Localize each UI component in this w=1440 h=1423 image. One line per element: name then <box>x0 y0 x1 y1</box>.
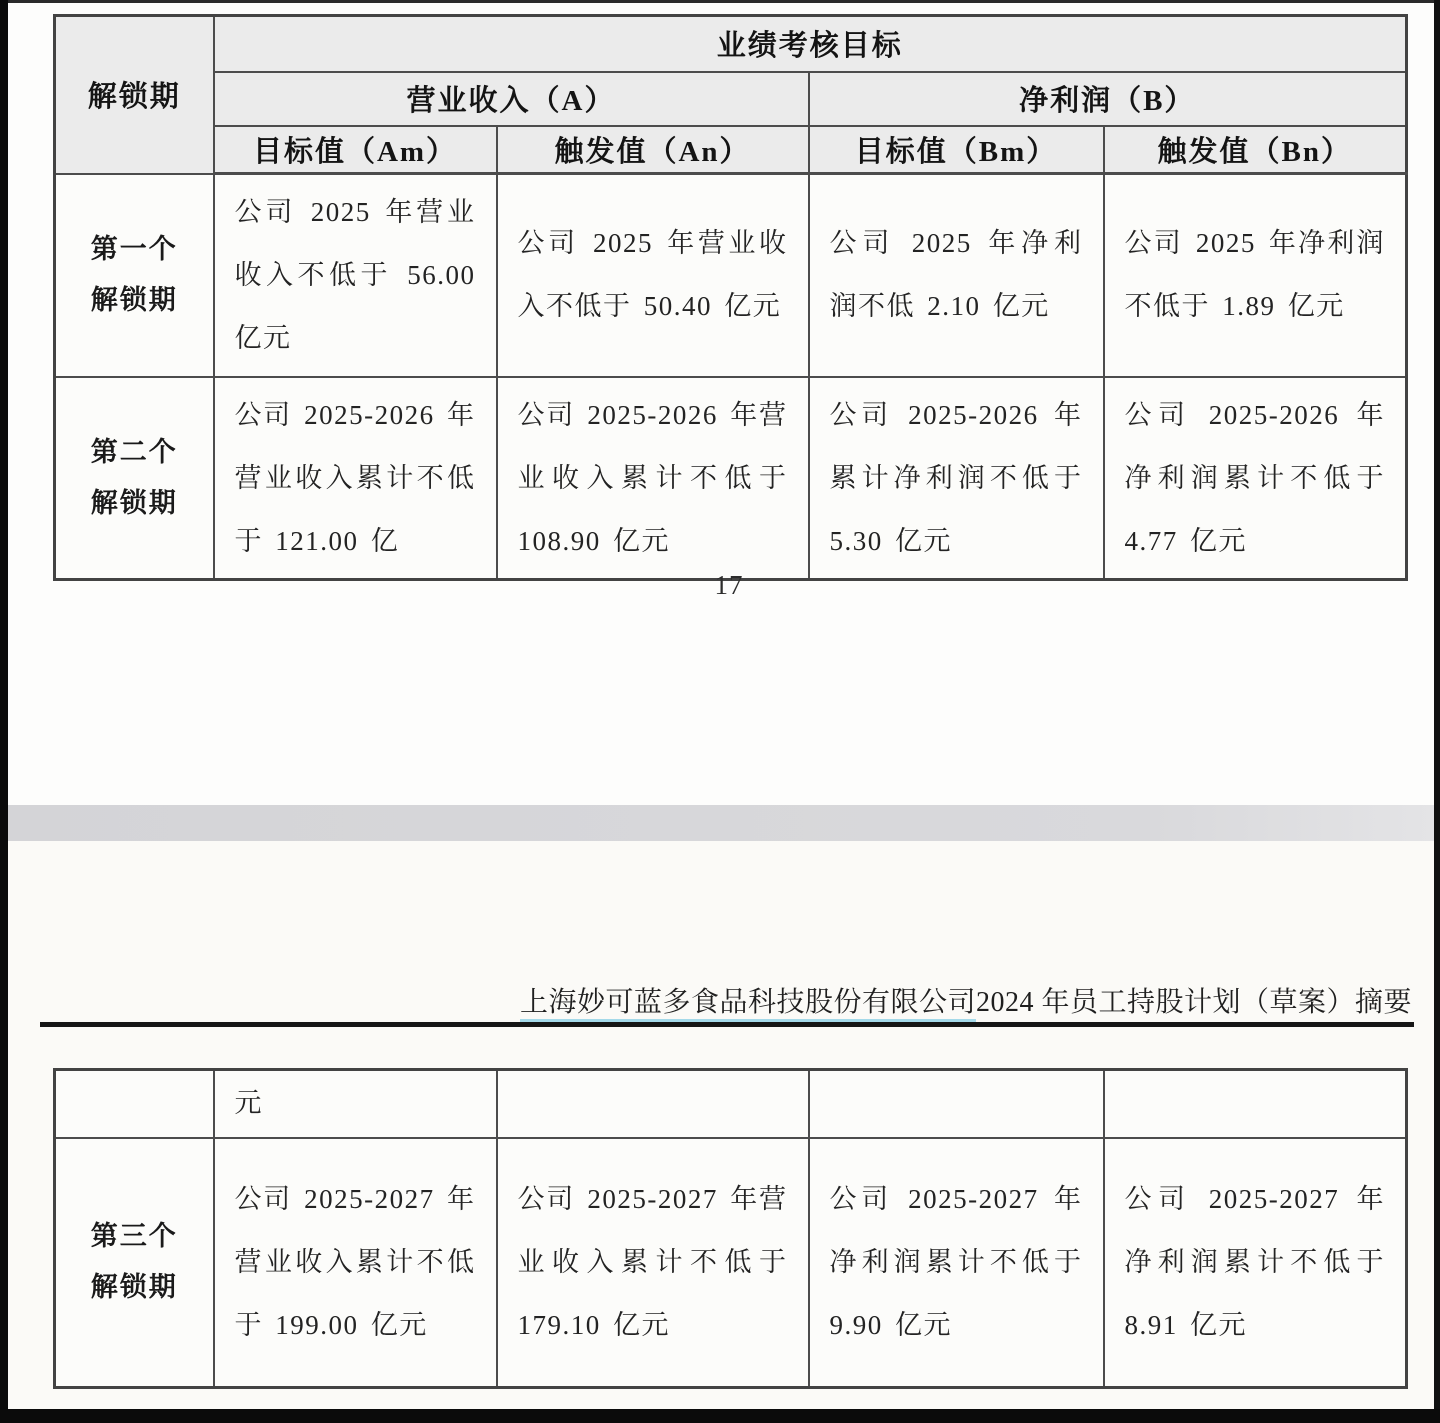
header-profit-group: 净利润（B） <box>809 72 1407 126</box>
header-profit-target: 目标值（Bm） <box>809 126 1104 174</box>
header-rule <box>40 1022 1414 1027</box>
document-header-title: 上海妙可蓝多食品科技股份有限公司2024 年员工持股计划（草案）摘要 <box>520 980 1412 1020</box>
cell-profit-trigger-2: 公司 2025-2026 年净利润累计不低于 4.77 亿元 <box>1104 377 1407 580</box>
document-title-suffix: 2024 年员工持股计划（草案）摘要 <box>976 987 1412 1018</box>
table-row-period-3: 第三个 解锁期 公司 2025-2027 年营业收入累计不低于 199.00 亿… <box>55 1138 1407 1388</box>
header-performance-goal: 业绩考核目标 <box>214 16 1407 72</box>
cell-carryover-period <box>55 1070 214 1138</box>
cell-carryover-empty-2 <box>809 1070 1104 1138</box>
cell-period-2: 第二个 解锁期 <box>55 377 214 580</box>
page-edge-top <box>0 0 1440 3</box>
header-profit-trigger: 触发值（Bn） <box>1104 126 1407 174</box>
cell-profit-target-3: 公司 2025-2027 年净利润累计不低于 9.90 亿元 <box>809 1138 1104 1388</box>
page-number: 17 <box>53 570 1405 601</box>
assessment-table-page17: 解锁期 业绩考核目标 营业收入（A） 净利润（B） 目标值（Am） 触发值（An… <box>53 14 1408 581</box>
header-revenue-target: 目标值（Am） <box>214 126 497 174</box>
cell-profit-trigger-3: 公司 2025-2027 年净利润累计不低于 8.91 亿元 <box>1104 1138 1407 1388</box>
table-row-period-1: 第一个 解锁期 公司 2025 年营业收入不低于 56.00 亿元 公司 202… <box>55 174 1407 377</box>
page-edge-bottom <box>0 1409 1440 1423</box>
cell-profit-target-1: 公司 2025 年净利润不低 2.10 亿元 <box>809 174 1104 377</box>
table-row-carryover: 元 <box>55 1070 1407 1138</box>
cell-profit-trigger-1: 公司 2025 年净利润不低于 1.89 亿元 <box>1104 174 1407 377</box>
cell-revenue-target-2: 公司 2025-2026 年营业收入累计不低于 121.00 亿 <box>214 377 497 580</box>
header-unlock-period: 解锁期 <box>55 16 214 174</box>
cell-profit-target-2: 公司 2025-2026 年累计净利润不低于 5.30 亿元 <box>809 377 1104 580</box>
cell-revenue-target-1: 公司 2025 年营业收入不低于 56.00 亿元 <box>214 174 497 377</box>
cell-revenue-trigger-3: 公司 2025-2027 年营业收入累计不低于 179.10 亿元 <box>497 1138 809 1388</box>
header-revenue-group: 营业收入（A） <box>214 72 809 126</box>
page-edge-right <box>1434 0 1440 1423</box>
cell-period-1: 第一个 解锁期 <box>55 174 214 377</box>
cell-carryover-text: 元 <box>214 1070 497 1138</box>
header-revenue-trigger: 触发值（An） <box>497 126 809 174</box>
assessment-table-continuation: 元 第三个 解锁期 公司 2025-2027 年营业收入累计不低于 199.00… <box>53 1068 1408 1389</box>
cell-revenue-trigger-2: 公司 2025-2026 年营业收入累计不低于 108.90 亿元 <box>497 377 809 580</box>
company-name-link[interactable]: 上海妙可蓝多食品科技股份有限公司 <box>520 987 976 1023</box>
cell-carryover-empty-1 <box>497 1070 809 1138</box>
document-page: 解锁期 业绩考核目标 营业收入（A） 净利润（B） 目标值（Am） 触发值（An… <box>0 0 1440 1423</box>
cell-carryover-empty-3 <box>1104 1070 1407 1138</box>
cell-revenue-target-3: 公司 2025-2027 年营业收入累计不低于 199.00 亿元 <box>214 1138 497 1388</box>
page-break-divider <box>0 805 1440 841</box>
table-row-period-2: 第二个 解锁期 公司 2025-2026 年营业收入累计不低于 121.00 亿… <box>55 377 1407 580</box>
cell-revenue-trigger-1: 公司 2025 年营业收入不低于 50.40 亿元 <box>497 174 809 377</box>
cell-period-3: 第三个 解锁期 <box>55 1138 214 1388</box>
page-edge-left <box>0 0 8 1423</box>
